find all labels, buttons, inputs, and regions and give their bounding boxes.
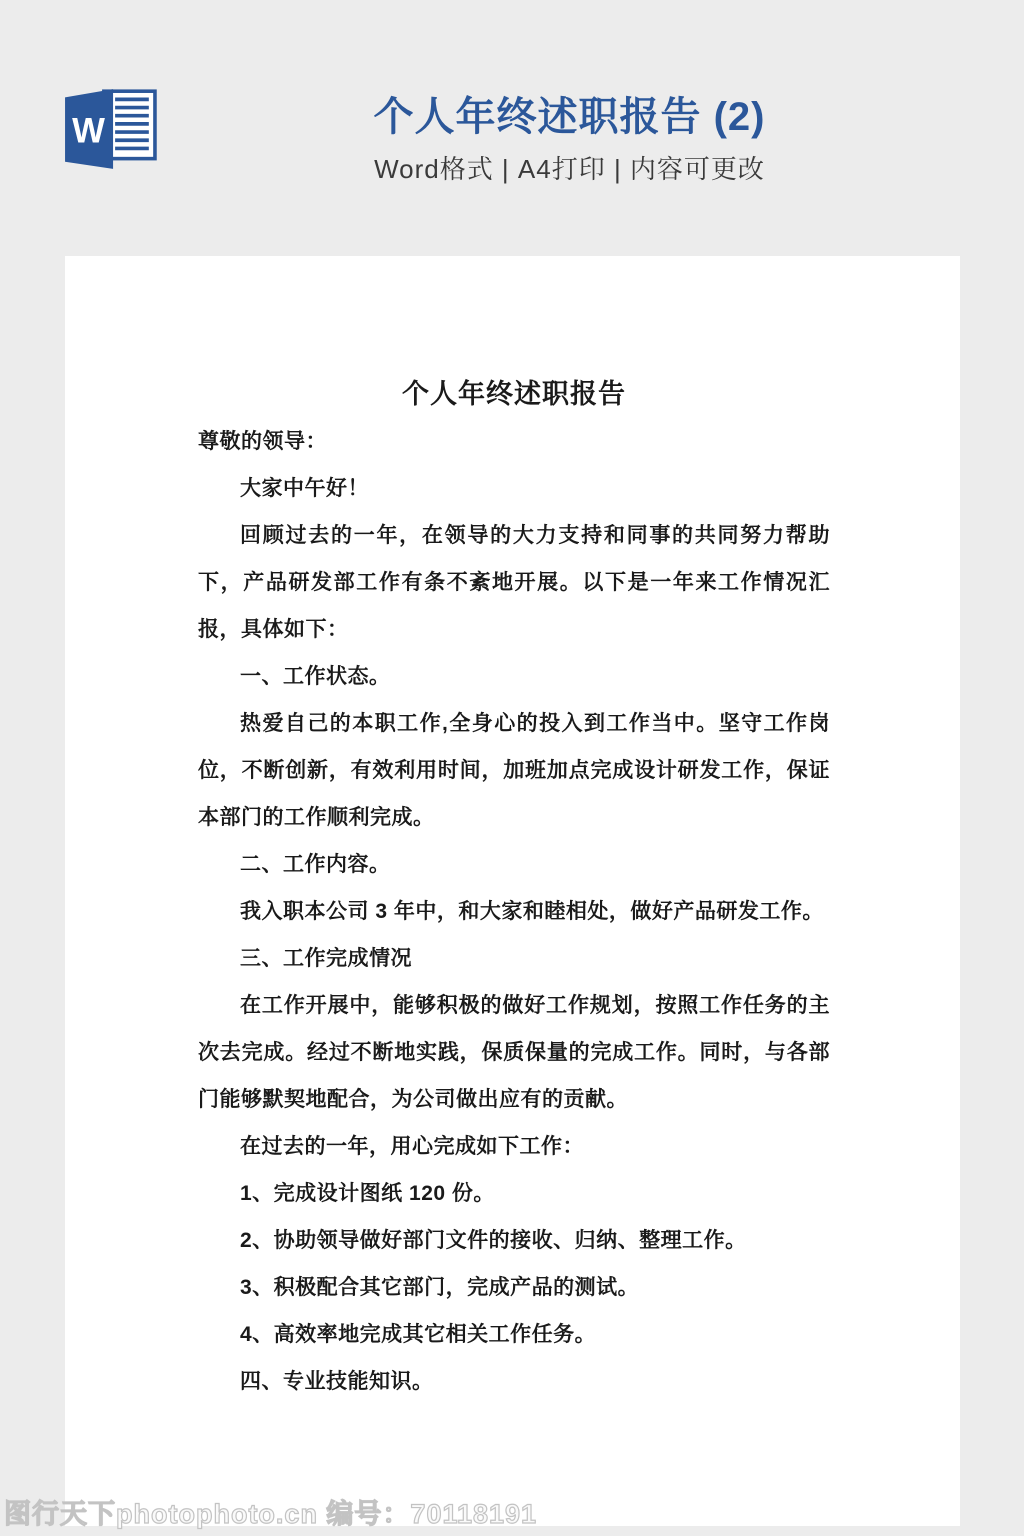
document-paragraph: 1、完成设计图纸 120 份。 — [198, 1170, 830, 1217]
document-paragraph: 回顾过去的一年，在领导的大力支持和同事的共同努力帮助下，产品研发部工作有条不紊地… — [198, 512, 830, 653]
document-paragraph: 一、工作状态。 — [198, 653, 830, 700]
watermark-text: 图行天下photophoto.cn 编号：70118191 — [4, 1492, 537, 1531]
document-paragraph: 四、专业技能知识。 — [198, 1358, 830, 1405]
document-paragraph: 三、工作完成情况 — [198, 935, 830, 982]
template-subtitle: Word格式 | A4打印 | 内容可更改 — [115, 154, 1024, 184]
header-text-block: 个人年终述职报告 (2) Word格式 | A4打印 | 内容可更改 — [115, 90, 1024, 184]
document-paragraph: 2、协助领导做好部门文件的接收、归纳、整理工作。 — [198, 1217, 830, 1264]
word-icon-letter: W — [72, 112, 105, 150]
template-title: 个人年终述职报告 (2) — [115, 90, 1024, 144]
document-paragraph: 3、积极配合其它部门，完成产品的测试。 — [198, 1264, 830, 1311]
document-paragraph: 在工作开展中，能够积极的做好工作规划，按照工作任务的主次去完成。经过不断地实践，… — [198, 982, 830, 1123]
document-body: 尊敬的领导：大家中午好！回顾过去的一年，在领导的大力支持和同事的共同努力帮助下，… — [198, 418, 830, 1405]
document-page: 个人年终述职报告 尊敬的领导：大家中午好！回顾过去的一年，在领导的大力支持和同事… — [65, 256, 960, 1526]
document-paragraph: 4、高效率地完成其它相关工作任务。 — [198, 1311, 830, 1358]
header: W 个人年终述职报告 (2) Word格式 | A4打印 | 内容可更改 — [0, 0, 1024, 256]
document-paragraph: 在过去的一年，用心完成如下工作： — [198, 1123, 830, 1170]
template-preview-page: { "header": { "title": "个人年终述职报告 (2)", "… — [0, 0, 1024, 1536]
document-paragraph: 大家中午好！ — [198, 465, 830, 512]
document-title: 个人年终述职报告 — [198, 370, 830, 418]
document-paragraph: 二、工作内容。 — [198, 841, 830, 888]
document-paragraph: 我入职本公司 3 年中，和大家和睦相处，做好产品研发工作。 — [198, 888, 830, 935]
document-paragraph: 热爱自己的本职工作,全身心的投入到工作当中。坚守工作岗位，不断创新，有效利用时间… — [198, 700, 830, 841]
document-paragraph: 尊敬的领导： — [198, 418, 830, 465]
